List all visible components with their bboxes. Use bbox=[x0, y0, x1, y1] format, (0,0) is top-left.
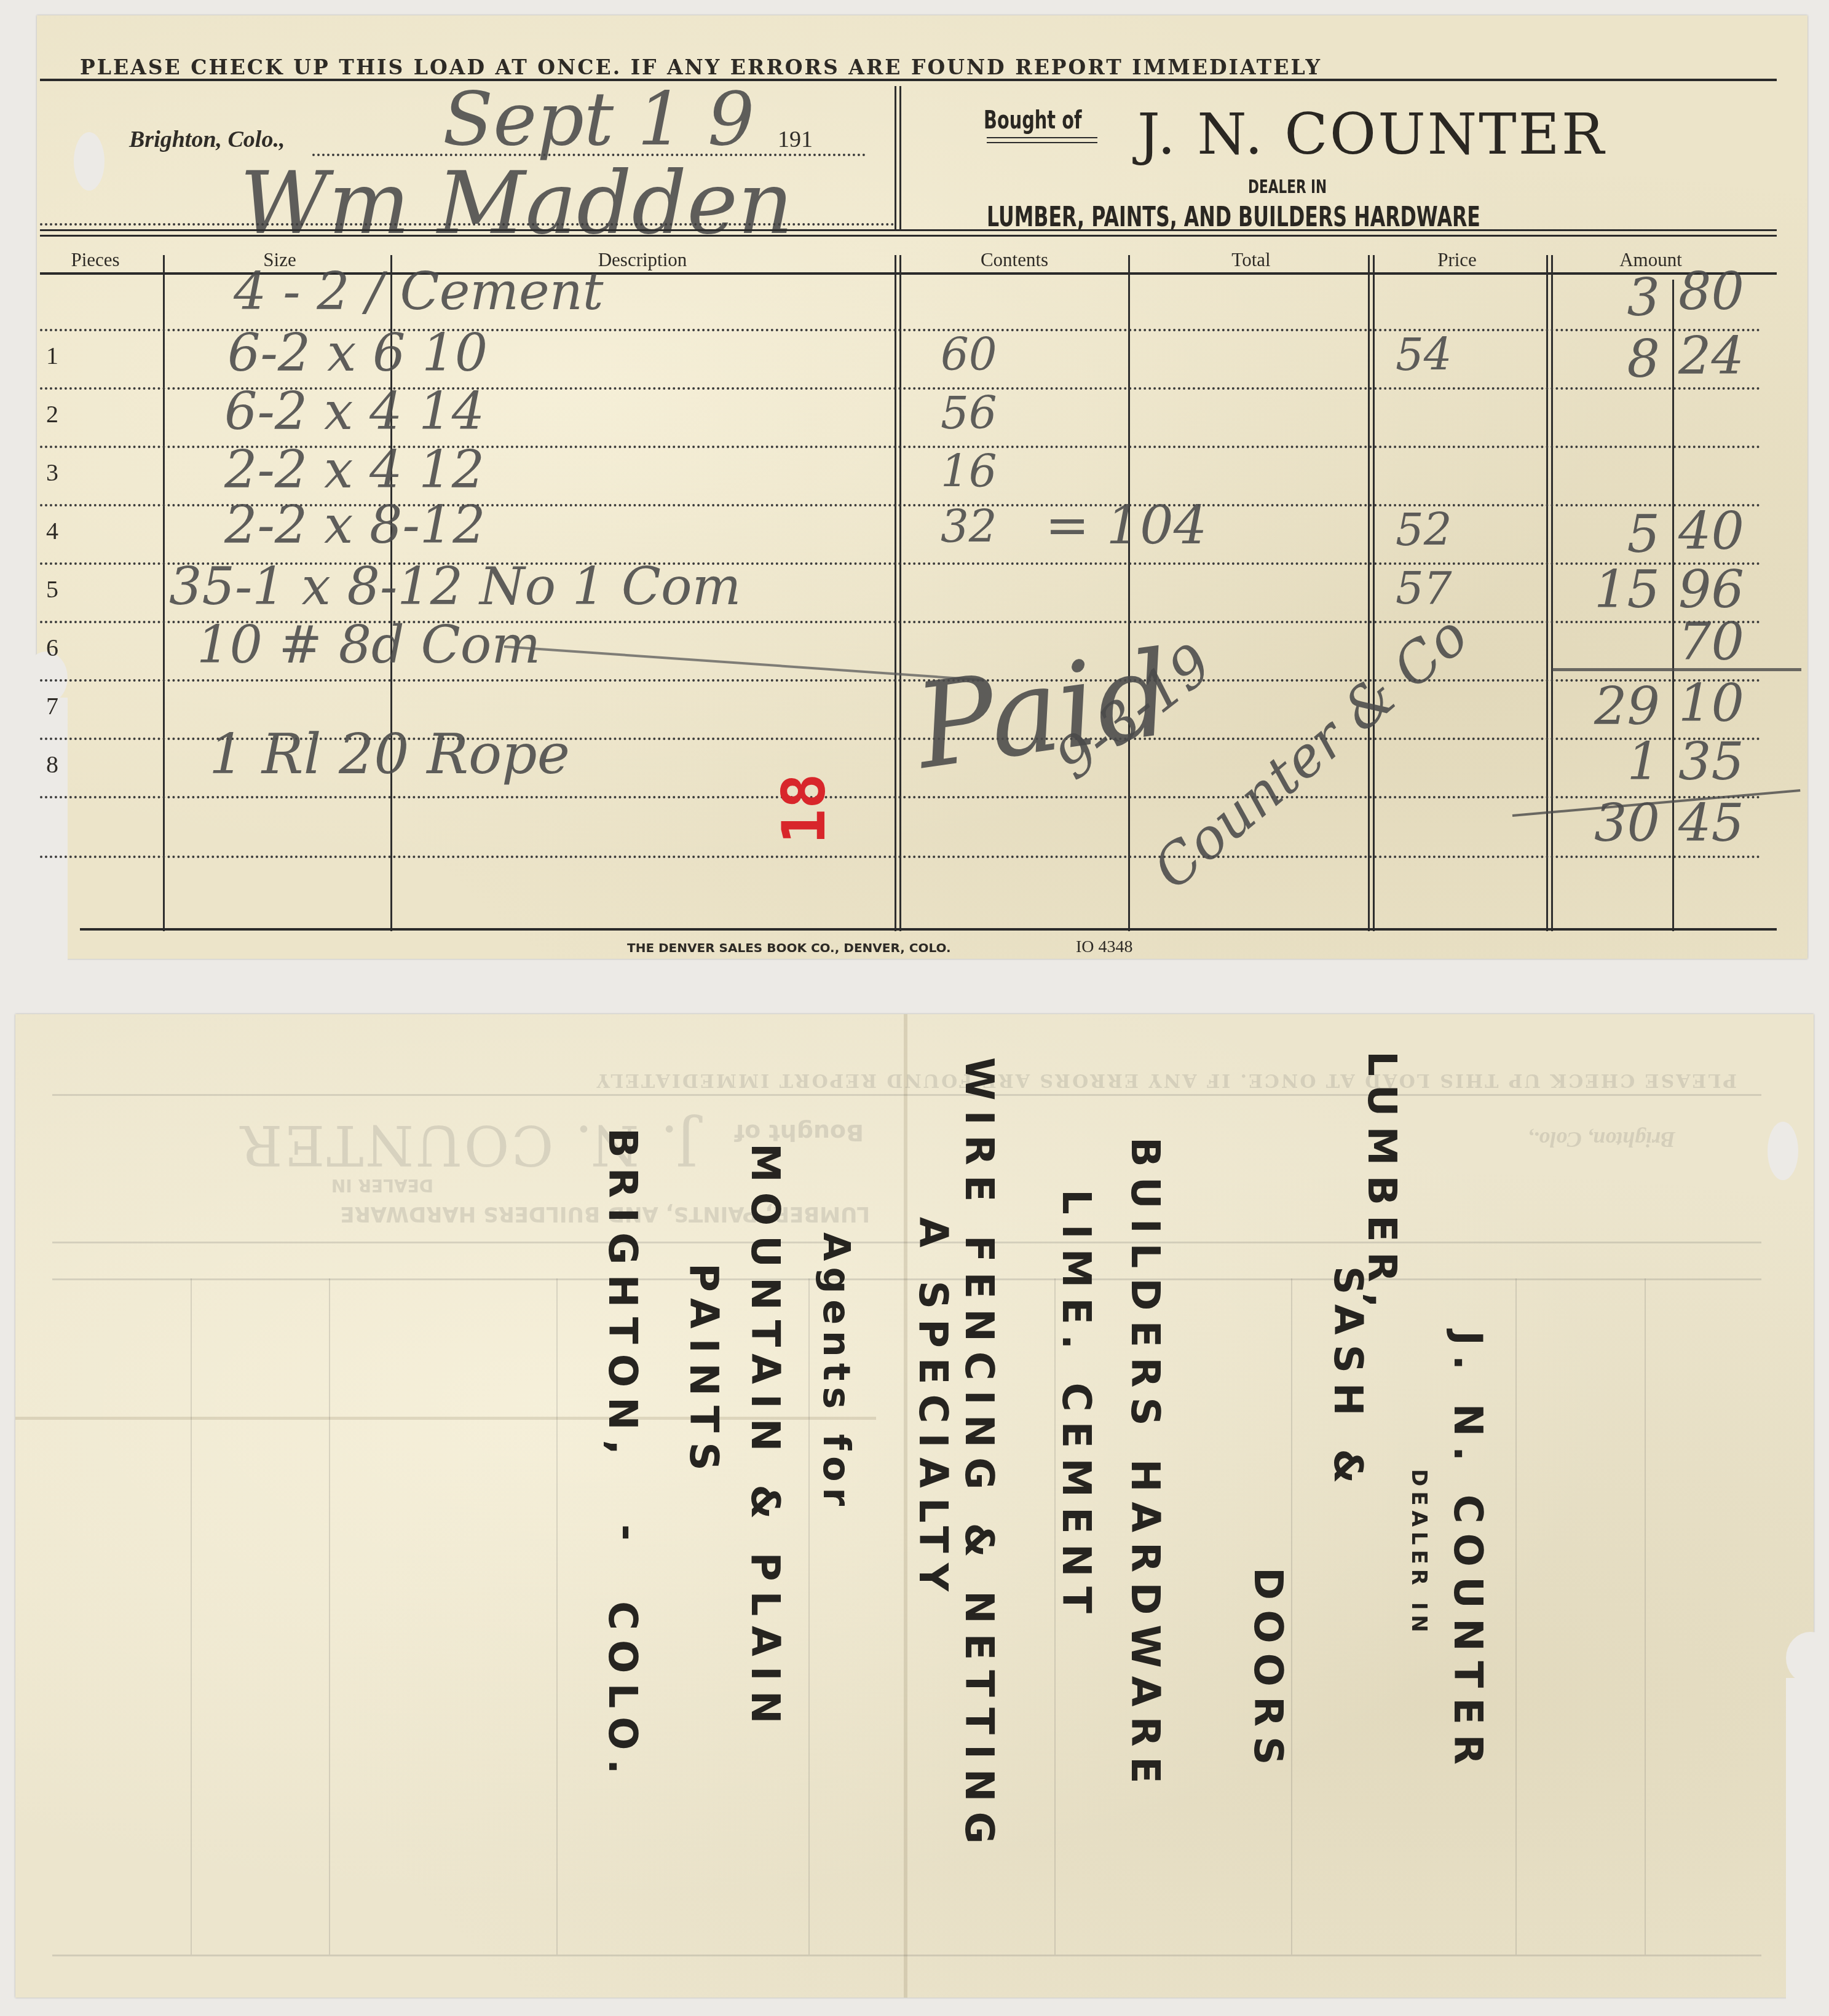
entry-amount-dollars: 5 bbox=[1627, 504, 1660, 564]
row-rule bbox=[40, 679, 1761, 682]
entry-price: 52 bbox=[1396, 504, 1452, 556]
entry-amount-cents: 80 bbox=[1678, 261, 1744, 321]
business-lines-text: LUMBER, PAINTS, AND BUILDERS HARDWARE bbox=[987, 202, 1480, 233]
showthrough-vline bbox=[556, 1278, 558, 1955]
entry-amount-cents: 70 bbox=[1678, 612, 1744, 672]
printer-text: THE DENVER SALES BOOK CO., DENVER, COLO. bbox=[627, 940, 951, 955]
entry-amount-cents: 10 bbox=[1678, 673, 1744, 733]
red-stamp: 18 bbox=[770, 773, 839, 845]
entry-contents: 16 bbox=[941, 446, 997, 497]
col-divider bbox=[1368, 255, 1370, 931]
row-number: 5 bbox=[46, 575, 58, 604]
entry-size-desc: 6-2 x 6 10 bbox=[227, 323, 488, 383]
showthrough-rule bbox=[52, 1955, 1761, 1956]
col-divider bbox=[1546, 255, 1548, 931]
entry-size-desc: 4 - 2 / Cement bbox=[234, 261, 604, 321]
col-divider bbox=[1128, 255, 1130, 931]
bought-of-underline-2 bbox=[987, 142, 1097, 143]
row-number: 8 bbox=[46, 750, 58, 779]
bought-of-underline bbox=[987, 137, 1097, 138]
entry-amount-dollars: 15 bbox=[1594, 559, 1660, 620]
row-number: 4 bbox=[46, 516, 58, 545]
showthrough-bought-of: Bought of bbox=[735, 1119, 864, 1146]
entry-amount-dollars: 3 bbox=[1627, 267, 1660, 328]
showthrough-rule bbox=[52, 1094, 1761, 1096]
entry-contents: 56 bbox=[941, 387, 997, 439]
showthrough-vline bbox=[1515, 1278, 1517, 1955]
col-divider bbox=[1551, 255, 1553, 931]
entry-size-desc: 6-2 x 4 14 bbox=[224, 381, 484, 441]
showthrough-rule bbox=[52, 1242, 1761, 1243]
printer-line: THE DENVER SALES BOOK CO., DENVER, COLO. bbox=[627, 940, 951, 955]
showthrough-dealer: DEALER IN bbox=[331, 1175, 433, 1195]
entry-amount-cents: 24 bbox=[1678, 326, 1744, 386]
table-top-rule bbox=[40, 229, 1777, 231]
dealer-in-label: DEALER IN bbox=[1248, 176, 1357, 198]
back-paints: PAINTS bbox=[681, 1263, 726, 1481]
entry-amount-cents: 45 bbox=[1678, 793, 1744, 853]
table-bottom-rule bbox=[80, 928, 1777, 931]
row-rule bbox=[40, 856, 1761, 858]
back-specialty: A SPECIALTY bbox=[910, 1217, 955, 1601]
entry-size-desc: 1 Rl 20 Rope bbox=[209, 722, 570, 787]
year-prefix: 191 bbox=[778, 126, 813, 153]
company-name: J. N. COUNTER bbox=[1137, 101, 1606, 167]
showthrough-vline bbox=[1645, 1278, 1646, 1955]
col-divider bbox=[895, 255, 896, 931]
header-rule bbox=[40, 79, 1777, 81]
entry-total: = 104 bbox=[1045, 495, 1207, 556]
handwritten-date: Sept 1 9 bbox=[443, 77, 754, 162]
back-wire-fencing: WIRE FENCING & NETTING bbox=[956, 1057, 1001, 1854]
edge-notch bbox=[1786, 1632, 1829, 1684]
entry-amount-dollars: 29 bbox=[1594, 676, 1660, 736]
row-rule bbox=[40, 796, 1761, 798]
col-divider bbox=[1373, 255, 1375, 931]
dealer-in-text: DEALER IN bbox=[1248, 176, 1327, 198]
row-number: 1 bbox=[46, 341, 58, 370]
business-lines: LUMBER, PAINTS, AND BUILDERS HARDWARE bbox=[987, 202, 1672, 233]
header-divider-2 bbox=[899, 86, 901, 230]
back-dealer-in: DEALER IN bbox=[1407, 1469, 1431, 1637]
entry-size-desc: 2-2 x 4 12 bbox=[224, 439, 484, 500]
col-divider bbox=[163, 255, 165, 931]
showthrough-vline bbox=[808, 1278, 810, 1955]
back-doors: DOORS bbox=[1245, 1567, 1290, 1774]
entry-amount-cents: 35 bbox=[1678, 731, 1744, 792]
row-number: 6 bbox=[46, 633, 58, 662]
punch-hole bbox=[74, 132, 105, 191]
entry-amount-cents: 40 bbox=[1678, 501, 1744, 561]
place-label: Brighton, Colo., bbox=[129, 126, 285, 153]
showthrough-place: Brighton, Colo., bbox=[1528, 1127, 1675, 1152]
fold-crease bbox=[904, 1014, 907, 1998]
showthrough-rule bbox=[52, 1278, 1761, 1280]
row-number: 3 bbox=[46, 458, 58, 487]
entry-contents: 60 bbox=[941, 329, 997, 380]
back-brighton: BRIGHTON, bbox=[599, 1128, 645, 1465]
row-number: 7 bbox=[46, 691, 58, 720]
entry-price: 57 bbox=[1396, 562, 1452, 614]
col-price: Price bbox=[1437, 249, 1477, 271]
col-description: Description bbox=[598, 249, 687, 271]
subtotal-line bbox=[1552, 668, 1801, 671]
showthrough-vline bbox=[1291, 1278, 1292, 1955]
entry-size-desc: 2-2 x 8-12 bbox=[224, 495, 486, 555]
back-builders-hardware: BUILDERS HARDWARE bbox=[1122, 1137, 1167, 1794]
back-colo: COLO. bbox=[599, 1601, 645, 1784]
entry-amount-dollars: 1 bbox=[1627, 731, 1660, 792]
back-lime-cement: LIME. CEMENT bbox=[1053, 1189, 1099, 1623]
col-contents: Contents bbox=[981, 249, 1048, 271]
entry-size-desc: 10 # 8d Com bbox=[197, 615, 540, 675]
showthrough-warning: PLEASE CHECK UP THIS LOAD AT ONCE. IF AN… bbox=[595, 1069, 1737, 1091]
handwritten-customer: Wm Madden bbox=[240, 154, 793, 254]
punch-hole bbox=[1768, 1122, 1798, 1180]
col-pieces: Pieces bbox=[71, 249, 119, 271]
cents-divider bbox=[1672, 280, 1674, 931]
showthrough-vline bbox=[329, 1278, 330, 1955]
row-number: 2 bbox=[46, 400, 58, 428]
col-total: Total bbox=[1231, 249, 1270, 271]
receipt-front: PLEASE CHECK UP THIS LOAD AT ONCE. IF AN… bbox=[37, 15, 1807, 959]
warning-header: PLEASE CHECK UP THIS LOAD AT ONCE. IF AN… bbox=[80, 55, 1322, 79]
back-mountain-plain: MOUNTAIN & PLAIN bbox=[742, 1143, 788, 1733]
back-agents-for: Agents for bbox=[815, 1232, 858, 1512]
entry-price: 54 bbox=[1396, 329, 1452, 380]
bought-of-text: Bought of bbox=[984, 106, 1081, 135]
torn-edge bbox=[1786, 1678, 1823, 2004]
header-divider bbox=[895, 86, 896, 230]
form-number: IO 4348 bbox=[1076, 937, 1133, 957]
receipt-back: PLEASE CHECK UP THIS LOAD AT ONCE. IF AN… bbox=[15, 1014, 1814, 1998]
entry-amount-cents: 96 bbox=[1678, 559, 1744, 620]
col-divider bbox=[899, 255, 901, 931]
customer-line bbox=[40, 223, 895, 226]
back-dash: - bbox=[604, 1524, 650, 1551]
table-top-rule-2 bbox=[40, 235, 1777, 237]
back-company-name: J. N. COUNTER bbox=[1445, 1331, 1490, 1774]
entry-contents: 32 bbox=[941, 501, 997, 553]
entry-size-desc: 35-1 x 8-12 No 1 Com bbox=[169, 556, 741, 616]
entry-amount-dollars: 8 bbox=[1627, 329, 1660, 389]
showthrough-vline bbox=[191, 1278, 192, 1955]
back-sash: SASH & bbox=[1325, 1266, 1370, 1493]
bought-of-label: Bought of bbox=[984, 106, 1120, 135]
